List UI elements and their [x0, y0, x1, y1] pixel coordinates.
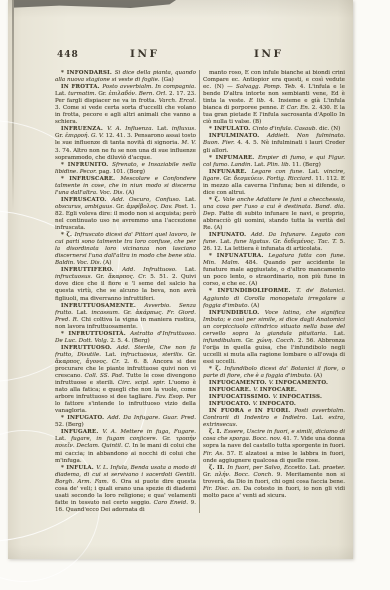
dictionary-entry: INFRUTTUOSAMENTE. Avverbio. Senza frutto…	[55, 303, 196, 331]
running-header: 448 INF INF	[8, 48, 353, 64]
dictionary-entry: * INFONDARSI. Si dice della pianta, quan…	[55, 70, 196, 84]
dictionary-entry: * INFUMARE. Empier di fumo, e qui Figur.…	[203, 155, 345, 169]
dictionary-entry: * INFUGATO. Add. Da Infugare. Guar. Pred…	[55, 415, 196, 429]
dictionary-entry: IN FUORA e IN FUORI. Posti avverbialm. C…	[203, 408, 345, 429]
dictionary-entry: ζ. II. In fuori, per Salvo, Eccetto. Lat…	[203, 465, 345, 500]
dictionary-entry: * ζ. Infruscato dicesi da' Pittori quel …	[55, 232, 196, 267]
dictionary-entry: * INFRUNITO. Sfrenato, e Insaziabile nel…	[55, 162, 196, 176]
dictionary-entry: INFRUSCATO. Add. Oscuro, Confuso. Lat. o…	[55, 197, 196, 232]
dictionary-entry: * ζ. Infundibolo dicesi da' Botanici il …	[203, 366, 345, 380]
page-number: 448	[57, 50, 79, 60]
column-right: manto roso, E con infule bianche ai bion…	[203, 70, 345, 522]
dictionary-entry: * INFULA. V. L. Infula, Benda usata a mo…	[55, 465, 196, 514]
running-title-right: INF	[254, 48, 283, 60]
dictionary-entry: * INFUNDIBOLIFORME. T. de' Botanici. Agg…	[203, 288, 345, 309]
dictionary-entry: INFUGARE. V. A. Mettere in fuga, Fugare.…	[55, 429, 196, 464]
dictionary-entry: manto roso, E con infule bianche ai bion…	[203, 70, 345, 126]
dictionary-entry: INFULMINATO. Addiett. Non fulminato. Buo…	[203, 133, 345, 154]
dictionary-entry: ζ. I. Essere, Uscire in fuori, e simili,…	[203, 429, 345, 464]
page-spine-shadow	[12, 0, 14, 210]
dictionary-entry: INFRUENZA. V. A. Influenza. Lat. influxu…	[55, 126, 196, 161]
dictionary-entry: * ζ. Vale anche Adattare le funi a checc…	[203, 197, 345, 232]
scanned-book-photo: { "page": { "number": "448", "header_lef…	[0, 0, 390, 590]
running-title-left: INF	[130, 48, 159, 60]
dictionary-entry: INFUNDIBULO. Voce latina, che significa …	[203, 310, 345, 366]
book-page: 448 INF INF * INFONDARSI. Si dice della …	[8, 0, 353, 559]
dictionary-entry: INFUNARE. Legare con fune. Lat. vincire,…	[203, 169, 345, 197]
dictionary-entry: INFRUTTUOSO. Add. Sterile, Che non fa fr…	[55, 345, 196, 415]
torn-edge-artifact	[14, 0, 176, 8]
column-left: * INFONDARSI. Si dice della pianta, quan…	[55, 70, 196, 522]
dictionary-entry: INFUNATO. Add. Da Infunare. Legato con f…	[203, 232, 345, 253]
text-body: * INFONDARSI. Si dice della pianta, quan…	[55, 70, 345, 522]
dictionary-entry: * INFRUSCARE. Mescolare e Confondere tal…	[55, 176, 196, 197]
dictionary-entry: IN FROTTA. Posto avverbialm. In compagni…	[55, 84, 196, 126]
column-divider-rule	[199, 70, 200, 513]
dictionary-entry: * INFUNATURA. Legatura fatta con fune. M…	[203, 253, 345, 288]
dictionary-entry: INFRUTTIFERO. Add. Infruttuoso. Lat. inf…	[55, 267, 196, 302]
dictionary-entry: * INFRUTTUOSITÀ. Astratto d'Infruttuoso.…	[55, 331, 196, 345]
